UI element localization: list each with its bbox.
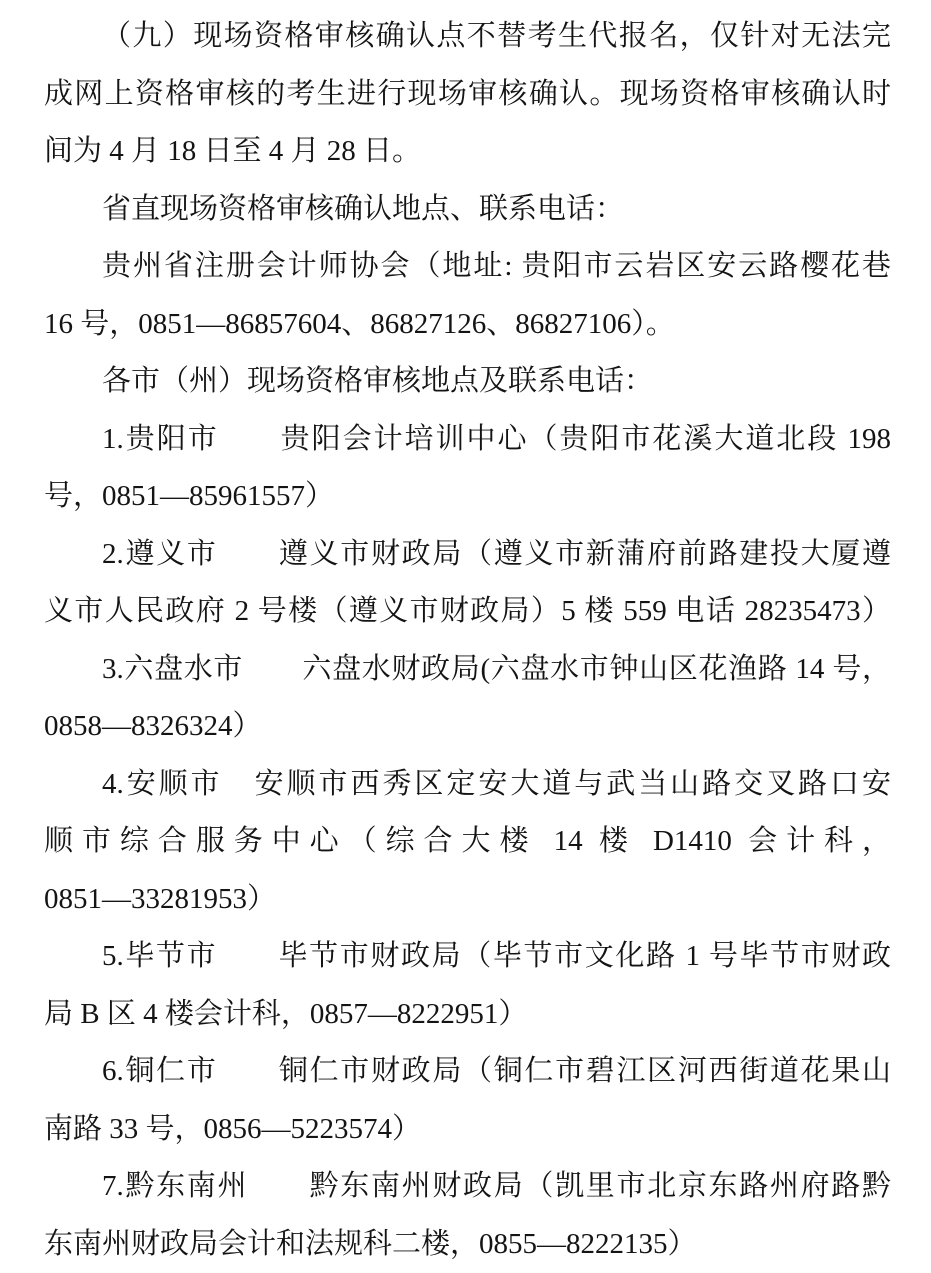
text-line: 1.贵阳市 贵阳会计培训中心（贵阳市花溪大道北段 198 [44,411,891,469]
text-line: 局 B 区 4 楼会计科，0857—8222951） [44,986,891,1044]
text-line: 5.毕节市 毕节市财政局（毕节市文化路 1 号毕节市财政 [44,928,891,986]
text-line: 16 号，0851—86857604、86827126、86827106）。 [44,296,891,354]
text-line: 3.六盘水市 六盘水财政局(六盘水市钟山区花渔路 14 号， [44,641,891,699]
text-line: 顺市综合服务中心（综合大楼 14 楼 D1410 会计科， [44,813,891,871]
text-line: 号，0851—85961557） [44,468,891,526]
text-line: 0858—8326324） [44,698,891,756]
text-line: （九）现场资格审核确认点不替考生代报名，仅针对无法完 [44,8,891,66]
text-line: 南路 33 号，0856—5223574） [44,1101,891,1159]
text-line: 4.安顺市 安顺市西秀区定安大道与武当山路交叉路口安 [44,756,891,814]
text-line: 省直现场资格审核确认地点、联系电话： [44,181,891,239]
text-line: 0851—33281953） [44,871,891,929]
text-line: 成网上资格审核的考生进行现场审核确认。现场资格审核确认时 [44,66,891,124]
text-line: 2.遵义市 遵义市财政局（遵义市新蒲府前路建投大厦遵 [44,526,891,584]
text-line: 6.铜仁市 铜仁市财政局（铜仁市碧江区河西街道花果山 [44,1043,891,1101]
document-page: （九）现场资格审核确认点不替考生代报名，仅针对无法完 成网上资格审核的考生进行现… [0,0,931,1273]
text-line: 东南州财政局会计和法规科二楼，0855—8222135） [44,1216,891,1273]
text-line: 义市人民政府 2 号楼（遵义市财政局）5 楼 559 电话 28235473） [44,583,891,641]
text-line: 各市（州）现场资格审核地点及联系电话： [44,353,891,411]
text-line: 间为 4 月 18 日至 4 月 28 日。 [44,123,891,181]
text-line: 7.黔东南州 黔东南州财政局（凯里市北京东路州府路黔 [44,1158,891,1216]
text-line: 贵州省注册会计师协会（地址: 贵阳市云岩区安云路樱花巷 [44,238,891,296]
